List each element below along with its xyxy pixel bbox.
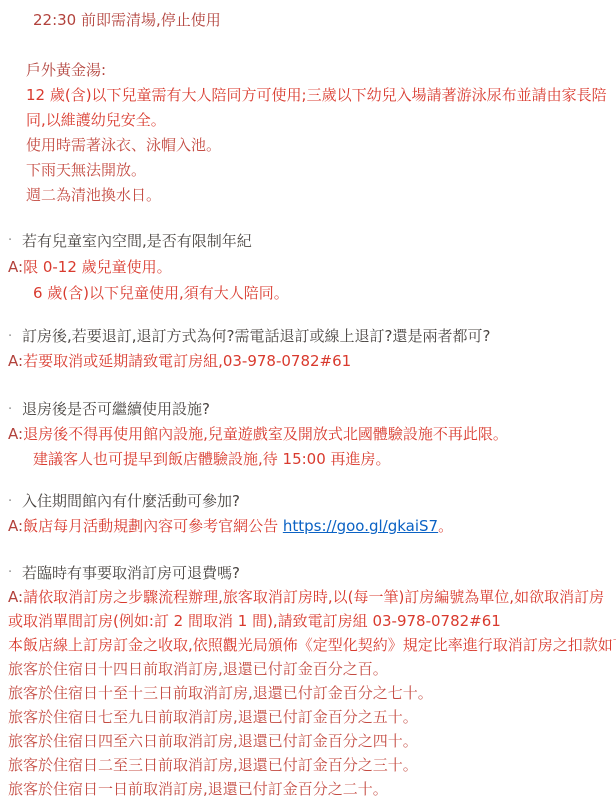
faq-question: ·若臨時有事要取消訂房可退費嗎? (0, 561, 616, 585)
text-span: 旅客於住宿日二至三日前取消訂房,退還已付訂金百分之三十。 (8, 756, 418, 774)
text-span: 若臨時有事要取消訂房可退費嗎? (22, 564, 240, 582)
text-span: 6 歲(含)以下兒童使用,須有大人陪同。 (33, 284, 289, 302)
text-line: 旅客於住宿日二至三日前取消訂房,退還已付訂金百分之三十。 (0, 753, 616, 777)
section-faq-monthly-activities: ·入住期間館內有什麼活動可參加?A:飯店每月活動規劃內容可參考官網公告 http… (0, 489, 616, 539)
text-span: 飯店每月活動規劃內容可參考官網公告 (23, 517, 283, 535)
external-link[interactable]: https://goo.gl/gkaiS7 (283, 517, 438, 535)
text-span: 訂房後,若要退訂,退訂方式為何?需電話退訂或線上退訂?還是兩者都可? (22, 327, 490, 345)
faq-question: ·若有兒童室內空間,是否有限制年紀 (0, 228, 616, 254)
text-line: 旅客於住宿日十四日前取消訂房,退還已付訂金百分之百。 (0, 657, 616, 681)
text-line: 本飯店線上訂房訂金之收取,依照觀光局頒佈《定型化契約》規定比率進行取消訂房之扣款… (0, 633, 616, 657)
text-line: 使用時需著泳衣、泳帽入池。 (0, 133, 616, 158)
text-span: 旅客於住宿日四至六日前取消訂房,退還已付訂金百分之四十。 (8, 732, 418, 750)
section-faq-facilities-after-checkout: ·退房後是否可繼續使用設施?A:退房後不得再使用館內設施,兒童遊戲室及開放式北國… (0, 397, 616, 472)
faq-document: 22:30 前即需清場,停止使用戶外黃金湯:12 歲(含)以下兒童需有大人陪同方… (0, 0, 616, 799)
text-line: 建議客人也可提早到飯店體驗設施,待 15:00 再進房。 (0, 447, 616, 472)
faq-answer: A:退房後不得再使用館內設施,兒童遊戲室及開放式北國體驗設施不再此限。 (0, 422, 616, 447)
bullet-icon: · (8, 397, 22, 422)
faq-answer: A:請依取消訂房之步驟流程辦理,旅客取消訂房時,以(每一筆)訂房編號為單位,如欲… (0, 585, 616, 609)
text-span: 22:30 前即需清場,停止使用 (33, 11, 221, 29)
text-line: 或取消單間訂房(例如:訂 2 間取消 1 間),請致電訂房組 03-978-07… (0, 609, 616, 633)
text-line: 同,以維護幼兒安全。 (0, 108, 616, 133)
faq-answer: A:飯店每月活動規劃內容可參考官網公告 https://goo.gl/gkaiS… (0, 514, 616, 539)
section-outdoor-golden-spring-rules: 戶外黃金湯:12 歲(含)以下兒童需有大人陪同方可使用;三歲以下幼兒入場請著游泳… (0, 58, 616, 208)
text-line: 旅客於住宿日四至六日前取消訂房,退還已付訂金百分之四十。 (0, 729, 616, 753)
answer-prefix: A: (8, 258, 23, 276)
text-span: 旅客於住宿日十至十三日前取消訂房,退還已付訂金百分之七十。 (8, 684, 433, 702)
text-span: 本飯店線上訂房訂金之收取,依照觀光局頒佈《定型化契約》規定比率進行取消訂房之扣款… (8, 636, 616, 654)
text-line: 12 歲(含)以下兒童需有大人陪同方可使用;三歲以下幼兒入場請著游泳尿布並請由家… (0, 83, 616, 108)
text-span: 旅客於住宿日十四日前取消訂房,退還已付訂金百分之百。 (8, 660, 388, 678)
section-faq-cancellation-refund-policy: ·若臨時有事要取消訂房可退費嗎?A:請依取消訂房之步驟流程辦理,旅客取消訂房時,… (0, 561, 616, 799)
faq-answer: A:若要取消或延期請致電訂房組,03-978-0782#61 (0, 349, 616, 374)
answer-prefix: A: (8, 588, 23, 606)
answer-prefix: A: (8, 517, 23, 535)
text-span: 戶外黃金湯: (26, 61, 106, 79)
text-span: 同,以維護幼兒安全。 (26, 111, 166, 129)
section-pool-closing-note: 22:30 前即需清場,停止使用 (0, 8, 616, 33)
answer-prefix: A: (8, 352, 23, 370)
text-span: 旅客於住宿日一日前取消訂房,退還已付訂金百分之二十。 (8, 780, 388, 798)
text-span: 退房後是否可繼續使用設施? (22, 400, 210, 418)
text-line: 週二為清池換水日。 (0, 183, 616, 208)
text-span: 12 歲(含)以下兒童需有大人陪同方可使用;三歲以下幼兒入場請著游泳尿布並請由家… (26, 86, 607, 104)
text-span: 若有兒童室內空間,是否有限制年紀 (22, 232, 252, 250)
text-span: 下雨天無法開放。 (26, 161, 146, 179)
faq-question: ·入住期間館內有什麼活動可參加? (0, 489, 616, 514)
bullet-icon: · (8, 324, 22, 349)
text-span: 建議客人也可提早到飯店體驗設施,待 15:00 再進房。 (33, 450, 391, 468)
text-span: 。 (438, 517, 453, 535)
text-span: 使用時需著泳衣、泳帽入池。 (26, 136, 221, 154)
faq-question: ·訂房後,若要退訂,退訂方式為何?需電話退訂或線上退訂?還是兩者都可? (0, 324, 616, 349)
section-faq-cancel-method: ·訂房後,若要退訂,退訂方式為何?需電話退訂或線上退訂?還是兩者都可?A:若要取… (0, 324, 616, 374)
text-line: 下雨天無法開放。 (0, 158, 616, 183)
text-line: 戶外黃金湯: (0, 58, 616, 83)
text-line: 旅客於住宿日十至十三日前取消訂房,退還已付訂金百分之七十。 (0, 681, 616, 705)
faq-answer: A:限 0-12 歲兒童使用。 (0, 254, 616, 280)
text-span: 入住期間館內有什麼活動可參加? (22, 492, 240, 510)
bullet-icon: · (8, 228, 22, 254)
text-line: 旅客於住宿日一日前取消訂房,退還已付訂金百分之二十。 (0, 777, 616, 799)
text-span: 週二為清池換水日。 (26, 186, 161, 204)
text-span: 請依取消訂房之步驟流程辦理,旅客取消訂房時,以(每一筆)訂房編號為單位,如欲取消… (23, 588, 604, 606)
text-span: 退房後不得再使用館內設施,兒童遊戲室及開放式北國體驗設施不再此限。 (23, 425, 508, 443)
bullet-icon: · (8, 561, 22, 585)
text-line: 22:30 前即需清場,停止使用 (0, 8, 616, 33)
bullet-icon: · (8, 489, 22, 514)
text-span: 限 0-12 歲兒童使用。 (23, 258, 172, 276)
text-line: 旅客於住宿日七至九日前取消訂房,退還已付訂金百分之五十。 (0, 705, 616, 729)
answer-prefix: A: (8, 425, 23, 443)
faq-question: ·退房後是否可繼續使用設施? (0, 397, 616, 422)
text-span: 或取消單間訂房(例如:訂 2 間取消 1 間),請致電訂房組 03-978-07… (8, 612, 501, 630)
text-span: 旅客於住宿日七至九日前取消訂房,退還已付訂金百分之五十。 (8, 708, 418, 726)
text-span: 若要取消或延期請致電訂房組,03-978-0782#61 (23, 352, 351, 370)
text-line: 6 歲(含)以下兒童使用,須有大人陪同。 (0, 280, 616, 306)
section-faq-children-room-age-limit: ·若有兒童室內空間,是否有限制年紀A:限 0-12 歲兒童使用。6 歲(含)以下… (0, 228, 616, 306)
